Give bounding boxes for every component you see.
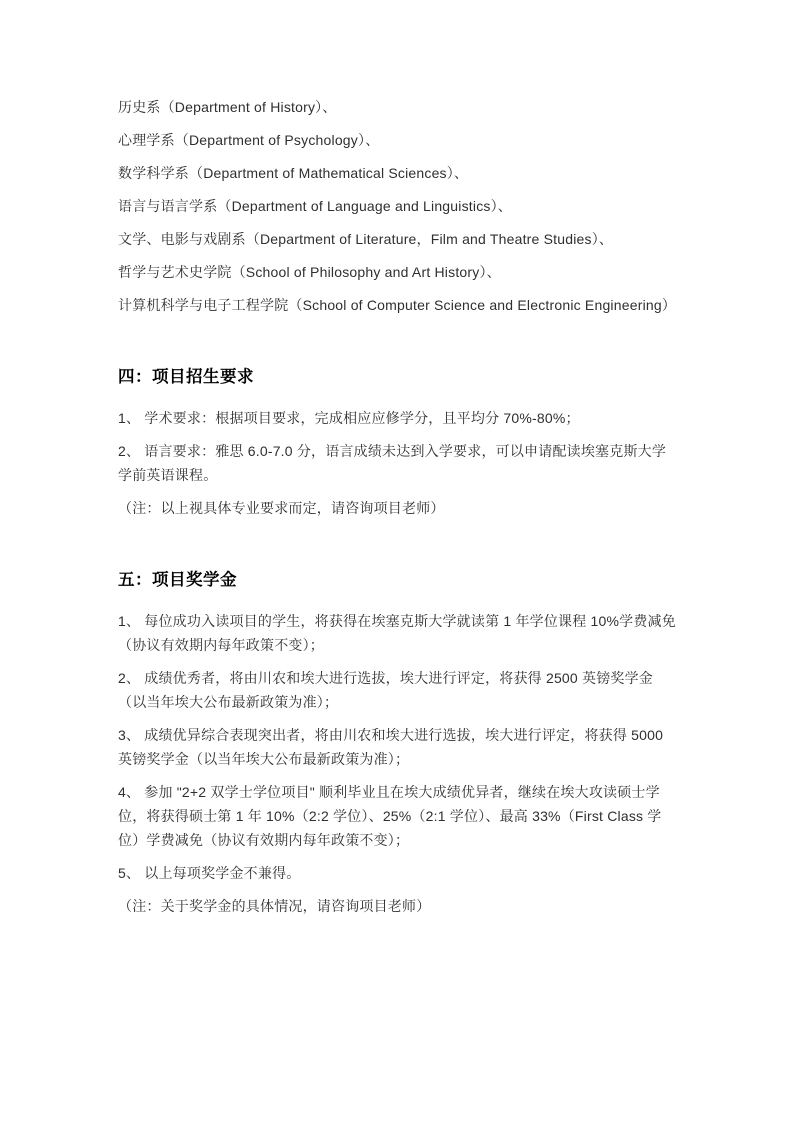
department-line: 数学科学系（Department of Mathematical Science… — [118, 161, 676, 185]
scholarship-item: 5、 以上每项奖学金不兼得。 — [118, 861, 676, 885]
admission-note: （注：以上视具体专业要求而定，请咨询项目老师） — [118, 496, 676, 520]
section-heading-admission: 四：项目招生要求 — [118, 363, 676, 391]
department-line: 语言与语言学系（Department of Language and Lingu… — [118, 194, 676, 218]
scholarship-item: 1、 每位成功入读项目的学生，将获得在埃塞克斯大学就读第 1 年学位课程 10%… — [118, 609, 676, 657]
section-heading-scholarship: 五：项目奖学金 — [118, 566, 676, 594]
scholarship-item: 2、 成绩优秀者，将由川农和埃大进行选拔，埃大进行评定，将获得 2500 英镑奖… — [118, 666, 676, 714]
department-line: 计算机科学与电子工程学院（School of Computer Science … — [118, 293, 676, 317]
department-line: 历史系（Department of History）、 — [118, 95, 676, 119]
document-page: 历史系（Department of History）、 心理学系（Departm… — [0, 0, 794, 1123]
scholarship-note: （注：关于奖学金的具体情况，请咨询项目老师） — [118, 894, 676, 918]
department-line: 心理学系（Department of Psychology）、 — [118, 128, 676, 152]
department-line: 哲学与艺术史学院（School of Philosophy and Art Hi… — [118, 260, 676, 284]
document-content: 历史系（Department of History）、 心理学系（Departm… — [0, 0, 794, 918]
admission-item: 1、 学术要求：根据项目要求，完成相应应修学分，且平均分 70%-80%； — [118, 406, 676, 430]
admission-item: 2、 语言要求：雅思 6.0-7.0 分，语言成绩未达到入学要求，可以申请配读埃… — [118, 439, 676, 487]
scholarship-item: 3、 成绩优异综合表现突出者，将由川农和埃大进行选拔，埃大进行评定，将获得 50… — [118, 723, 676, 771]
scholarship-item: 4、 参加 "2+2 双学士学位项目" 顺利毕业且在埃大成绩优异者，继续在埃大攻… — [118, 780, 676, 852]
department-line: 文学、电影与戏剧系（Department of Literature，Film … — [118, 227, 676, 251]
